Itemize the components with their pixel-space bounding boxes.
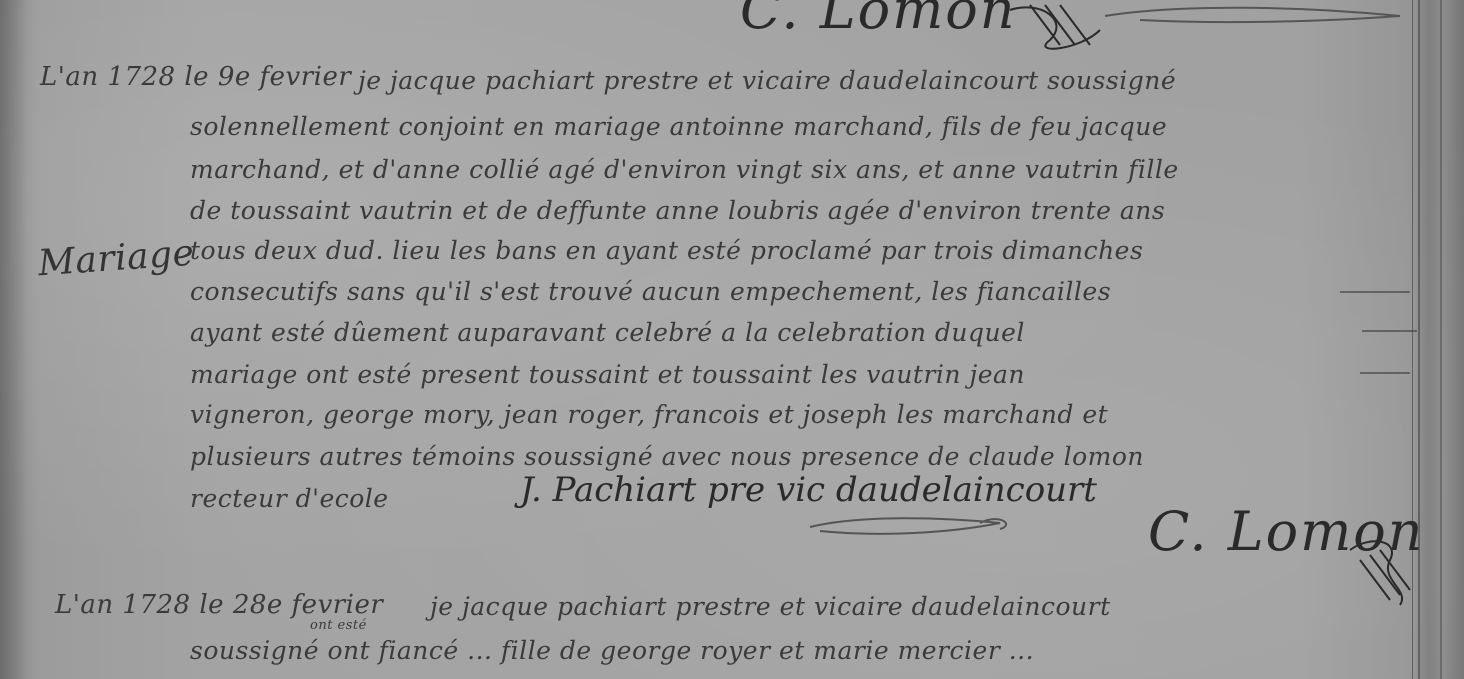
signature-flourish-icon — [800, 505, 1040, 545]
entry1-line-4: de toussaint vautrin et de deffunte anne… — [190, 196, 1165, 225]
line-filler-stroke — [1360, 372, 1410, 374]
entry1-line-9: vigneron, george mory, jean roger, franc… — [190, 400, 1108, 429]
page-gutter-shadow — [0, 0, 28, 679]
entry1-heading: L'an 1728 le 9e fevrier — [40, 62, 351, 92]
signature-underline-flourish-icon — [1100, 2, 1410, 26]
line-filler-stroke — [1362, 330, 1417, 332]
margin-label-mariage: Mariage — [37, 233, 196, 285]
entry1-line-5: tous deux dud. lieu les bans en ayant es… — [190, 236, 1143, 265]
register-page: C. Lomon L'an 1728 le 9e fevrier Mariage… — [0, 0, 1464, 679]
priest-signature: J. Pachiart pre vic daudelaincourt — [520, 470, 1097, 510]
line-filler-stroke — [1340, 291, 1410, 293]
top-signature: C. Lomon — [740, 0, 1017, 41]
entry2-interlinear-note: ont esté — [310, 618, 367, 633]
entry1-line-11: recteur d'ecole — [190, 484, 389, 513]
entry1-line-10: plusieurs autres témoins soussigné avec … — [190, 442, 1144, 471]
entry1-line-6: consecutifs sans qu'il s'est trouvé aucu… — [190, 277, 1111, 306]
entry1-line-1: je jacque pachiart prestre et vicaire da… — [358, 66, 1408, 95]
fold-line — [1440, 0, 1442, 679]
entry1-line-2: solennellement conjoint en mariage antoi… — [190, 112, 1167, 141]
entry1-line-7: ayant esté dûement auparavant celebré a … — [190, 318, 1025, 347]
entry2-line-2: soussigné ont fiancé ... fille de george… — [190, 636, 1034, 665]
signature-paraph-icon — [1340, 530, 1420, 610]
entry2-heading: L'an 1728 le 28e fevrier — [55, 590, 383, 620]
entry1-line-8: mariage ont esté present toussaint et to… — [190, 360, 1025, 389]
entry1-line-3: marchand, et d'anne collié agé d'environ… — [190, 155, 1179, 184]
entry2-line-1: je jacque pachiart prestre et vicaire da… — [430, 592, 1111, 621]
